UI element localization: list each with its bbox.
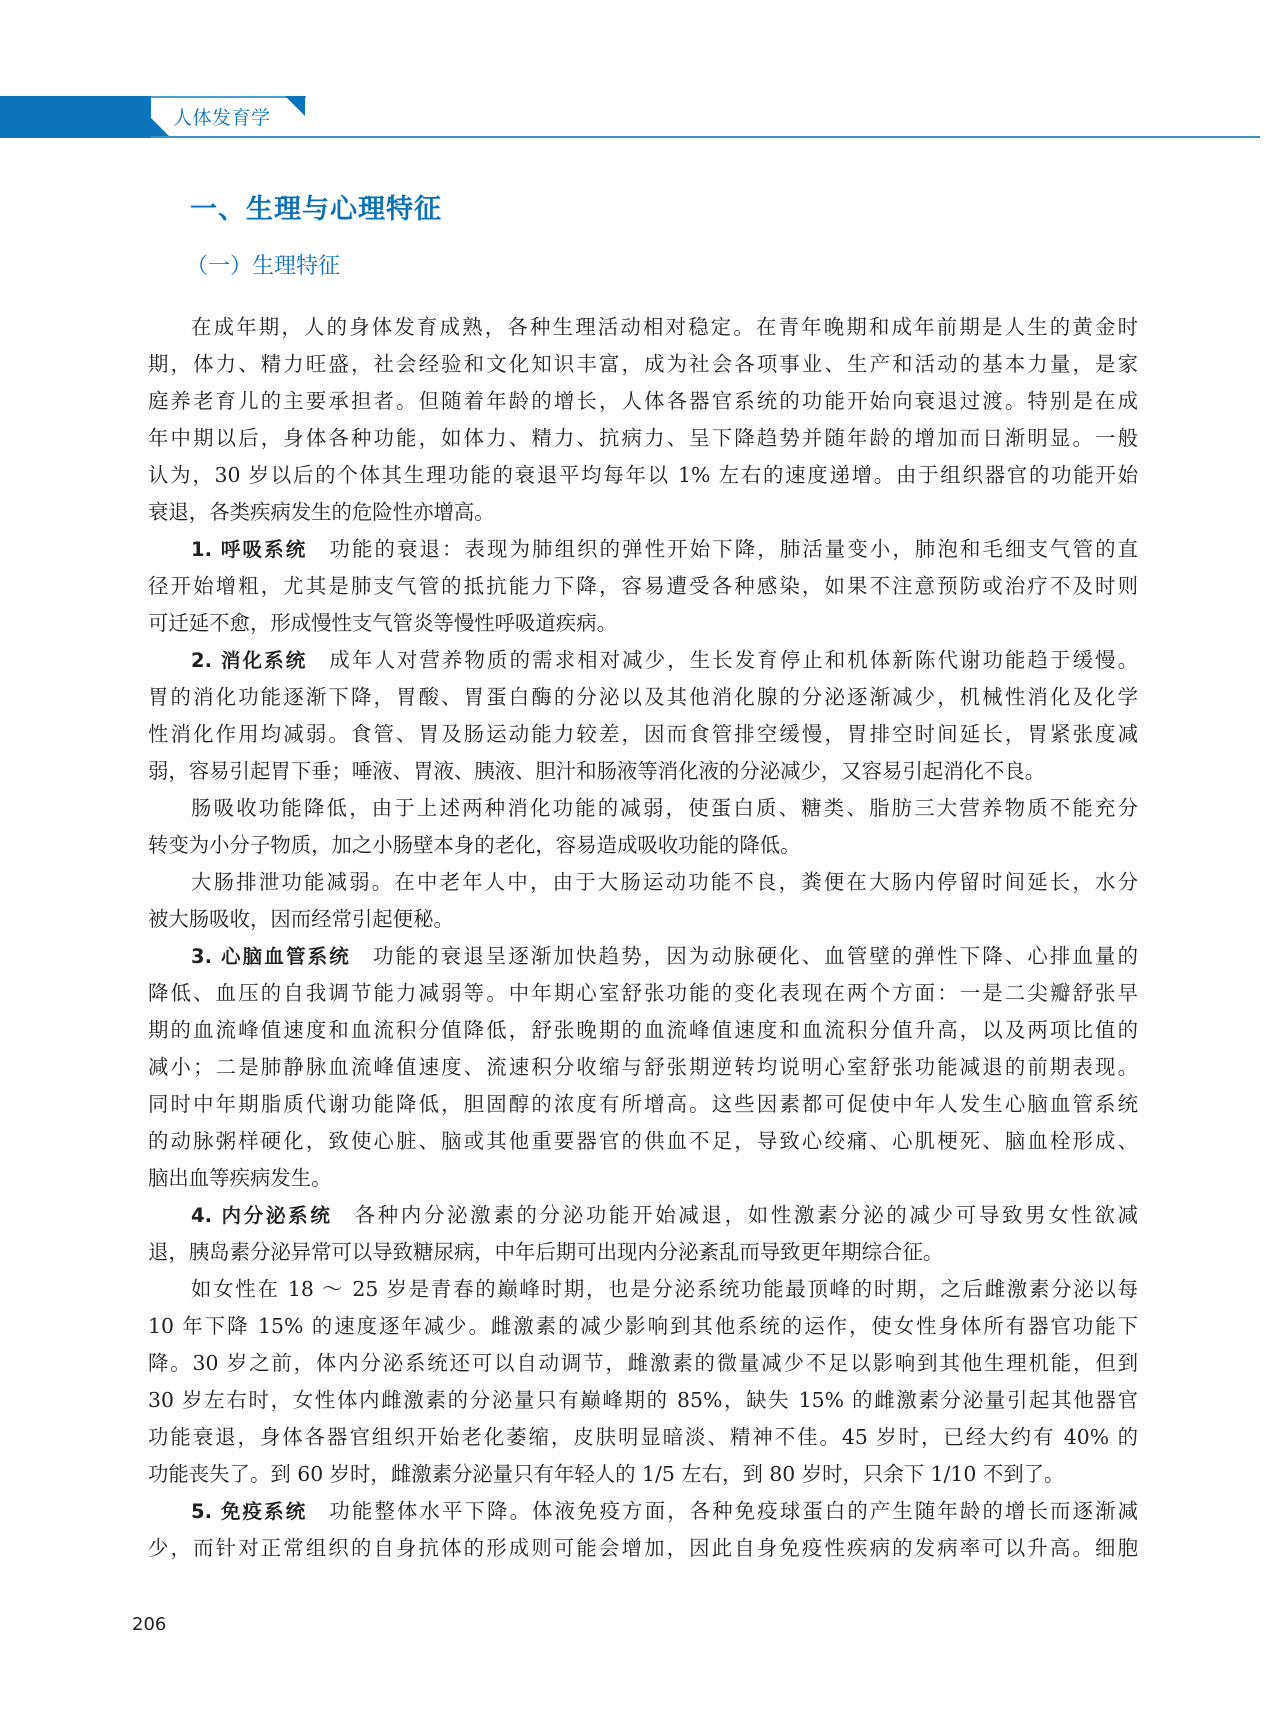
- paragraph-immune: 5. 免疫系统功能整体水平下降。体液免疫方面，各种免疫球蛋白的产生随年龄的增长而…: [148, 1493, 1138, 1567]
- text-line: 被大肠吸收，因而经常引起便秘。: [148, 901, 1138, 938]
- system-heading: 2. 消化系统: [191, 649, 307, 672]
- text-line: 的动脉粥样硬化，致使心脏、脑或其他重要器官的供血不足，导致心绞痛、心肌梗死、脑血…: [148, 1123, 1138, 1160]
- text-line: 期的血流峰值速度和血流积分值降低，舒张晚期的血流峰值速度和血流积分值升高，以及两…: [148, 1012, 1138, 1049]
- text-line: 降。30 岁之前，体内分泌系统还可以自动调节，雌激素的微量减少不足以影响到其他生…: [148, 1345, 1138, 1382]
- text-line: 同时中年期脂质代谢功能降低，胆固醇的浓度有所增高。这些因素都可促使中年人发生心脑…: [148, 1086, 1138, 1123]
- body-text: 在成年期，人的身体发育成熟，各种生理活动相对稳定。在青年晚期和成年前期是人生的黄…: [148, 309, 1138, 1567]
- page-number: 206: [132, 1614, 166, 1635]
- system-heading: 4. 内分泌系统: [191, 1204, 333, 1227]
- text-line: 衰退，各类疾病发生的危险性亦增高。: [148, 494, 1138, 531]
- text-line: 5. 免疫系统功能整体水平下降。体液免疫方面，各种免疫球蛋白的产生随年龄的增长而…: [148, 1493, 1138, 1530]
- text-line: 2. 消化系统成年人对营养物质的需求相对减少，生长发育停止和机体新陈代谢功能趋于…: [148, 642, 1138, 679]
- text-line: 减小；二是肺静脉血流峰值速度、流速积分收缩与舒张期逆转均说明心室舒张功能减退的前…: [148, 1049, 1138, 1086]
- text-line: 降低、血压的自我调节能力减弱等。中年期心室舒张功能的变化表现在两个方面：一是二尖…: [148, 975, 1138, 1012]
- text-line: 性消化作用均减弱。食管、胃及肠运动能力较差，因而食管排空缓慢，胃排空时间延长，胃…: [148, 716, 1138, 753]
- system-heading: 3. 心脑血管系统: [191, 945, 351, 968]
- paragraph-cardiovascular: 3. 心脑血管系统功能的衰退呈逐渐加快趋势，因为动脉硬化、血管壁的弹性下降、心排…: [148, 938, 1138, 1197]
- header-rule: [151, 136, 1260, 138]
- text-line: 30 岁左右时，女性体内雌激素的分泌量只有巅峰期的 85%，缺失 15% 的雌激…: [148, 1382, 1138, 1419]
- text-line: 脑出血等疾病发生。: [148, 1160, 1138, 1197]
- text-line: 弱，容易引起胃下垂；唾液、胃液、胰液、胆汁和肠液等消化液的分泌减少，又容易引起消…: [148, 753, 1138, 790]
- text-line: 胃的消化功能逐渐下降，胃酸、胃蛋白酶的分泌以及其他消化腺的分泌逐渐减少，机械性消…: [148, 679, 1138, 716]
- text-line: 年中期以后，身体各种功能，如体力、精力、抗病力、呈下降趋势并随年龄的增加而日渐明…: [148, 420, 1138, 457]
- header-color-block: [0, 96, 151, 138]
- text-line: 1. 呼吸系统功能的衰退：表现为肺组织的弹性开始下降，肺活量变小，肺泡和毛细支气…: [148, 531, 1138, 568]
- text-line: 10 年下降 15% 的速度逐年减少。雌激素的减少影响到其他系统的运作，使女性身…: [148, 1308, 1138, 1345]
- header-corner-decoration: [151, 118, 171, 138]
- text-line: 径开始增粗，尤其是肺支气管的抵抗能力下降，容易遭受各种感染，如果不注意预防或治疗…: [148, 568, 1138, 605]
- paragraph: 如女性在 18 ～ 25 岁是青春的巅峰时期，也是分泌系统功能最顶峰的时期，之后…: [148, 1271, 1138, 1493]
- text-line: 如女性在 18 ～ 25 岁是青春的巅峰时期，也是分泌系统功能最顶峰的时期，之后…: [148, 1271, 1138, 1308]
- text-line: 退，胰岛素分泌异常可以导致糖尿病，中年后期可出现内分泌紊乱而导致更年期综合征。: [148, 1234, 1138, 1271]
- text-line: 3. 心脑血管系统功能的衰退呈逐渐加快趋势，因为动脉硬化、血管壁的弹性下降、心排…: [148, 938, 1138, 975]
- section-heading: 一、生理与心理特征: [190, 192, 442, 228]
- text-line: 认为，30 岁以后的个体其生理功能的衰退平均每年以 1% 左右的速度递增。由于组…: [148, 457, 1138, 494]
- text-line: 功能丧失了。到 60 岁时，雌激素分泌量只有年轻人的 1/5 左右，到 80 岁…: [148, 1456, 1138, 1493]
- paragraph: 在成年期，人的身体发育成熟，各种生理活动相对稳定。在青年晚期和成年前期是人生的黄…: [148, 309, 1138, 531]
- system-heading: 1. 呼吸系统: [191, 538, 307, 561]
- text-line: 大肠排泄功能减弱。在中老年人中，由于大肠运动功能不良，粪便在大肠内停留时间延长，…: [148, 864, 1138, 901]
- paragraph: 大肠排泄功能减弱。在中老年人中，由于大肠运动功能不良，粪便在大肠内停留时间延长，…: [148, 864, 1138, 938]
- text-line: 可迁延不愈，形成慢性支气管炎等慢性呼吸道疾病。: [148, 605, 1138, 642]
- system-heading: 5. 免疫系统: [191, 1500, 307, 1523]
- text-line: 肠吸收功能降低，由于上述两种消化功能的减弱，使蛋白质、糖类、脂肪三大营养物质不能…: [148, 790, 1138, 827]
- text-line: 在成年期，人的身体发育成熟，各种生理活动相对稳定。在青年晚期和成年前期是人生的黄…: [148, 309, 1138, 346]
- text-line: 功能衰退，身体各器官组织开始老化萎缩，皮肤明显暗淡、精神不佳。45 岁时，已经大…: [148, 1419, 1138, 1456]
- paragraph-endocrine: 4. 内分泌系统各种内分泌激素的分泌功能开始减退，如性激素分泌的减少可导致男女性…: [148, 1197, 1138, 1271]
- text-line: 转变为小分子物质，加之小肠壁本身的老化，容易造成吸收功能的降低。: [148, 827, 1138, 864]
- paragraph: 肠吸收功能降低，由于上述两种消化功能的减弱，使蛋白质、糖类、脂肪三大营养物质不能…: [148, 790, 1138, 864]
- header-corner-decoration: [285, 96, 305, 116]
- text-line: 期，体力、精力旺盛，社会经验和文化知识丰富，成为社会各项事业、生产和活动的基本力…: [148, 346, 1138, 383]
- subsection-heading: （一）生理特征: [186, 251, 340, 283]
- book-title: 人体发育学: [173, 104, 271, 132]
- text-line: 4. 内分泌系统各种内分泌激素的分泌功能开始减退，如性激素分泌的减少可导致男女性…: [148, 1197, 1138, 1234]
- text-line: 庭养老育儿的主要承担者。但随着年龄的增长，人体各器官系统的功能开始向衰退过渡。特…: [148, 383, 1138, 420]
- paragraph-digestive: 2. 消化系统成年人对营养物质的需求相对减少，生长发育停止和机体新陈代谢功能趋于…: [148, 642, 1138, 790]
- paragraph-respiratory: 1. 呼吸系统功能的衰退：表现为肺组织的弹性开始下降，肺活量变小，肺泡和毛细支气…: [148, 531, 1138, 642]
- text-line: 少，而针对正常组织的自身抗体的形成则可能会增加，因此自身免疫性疾病的发病率可以升…: [148, 1530, 1138, 1567]
